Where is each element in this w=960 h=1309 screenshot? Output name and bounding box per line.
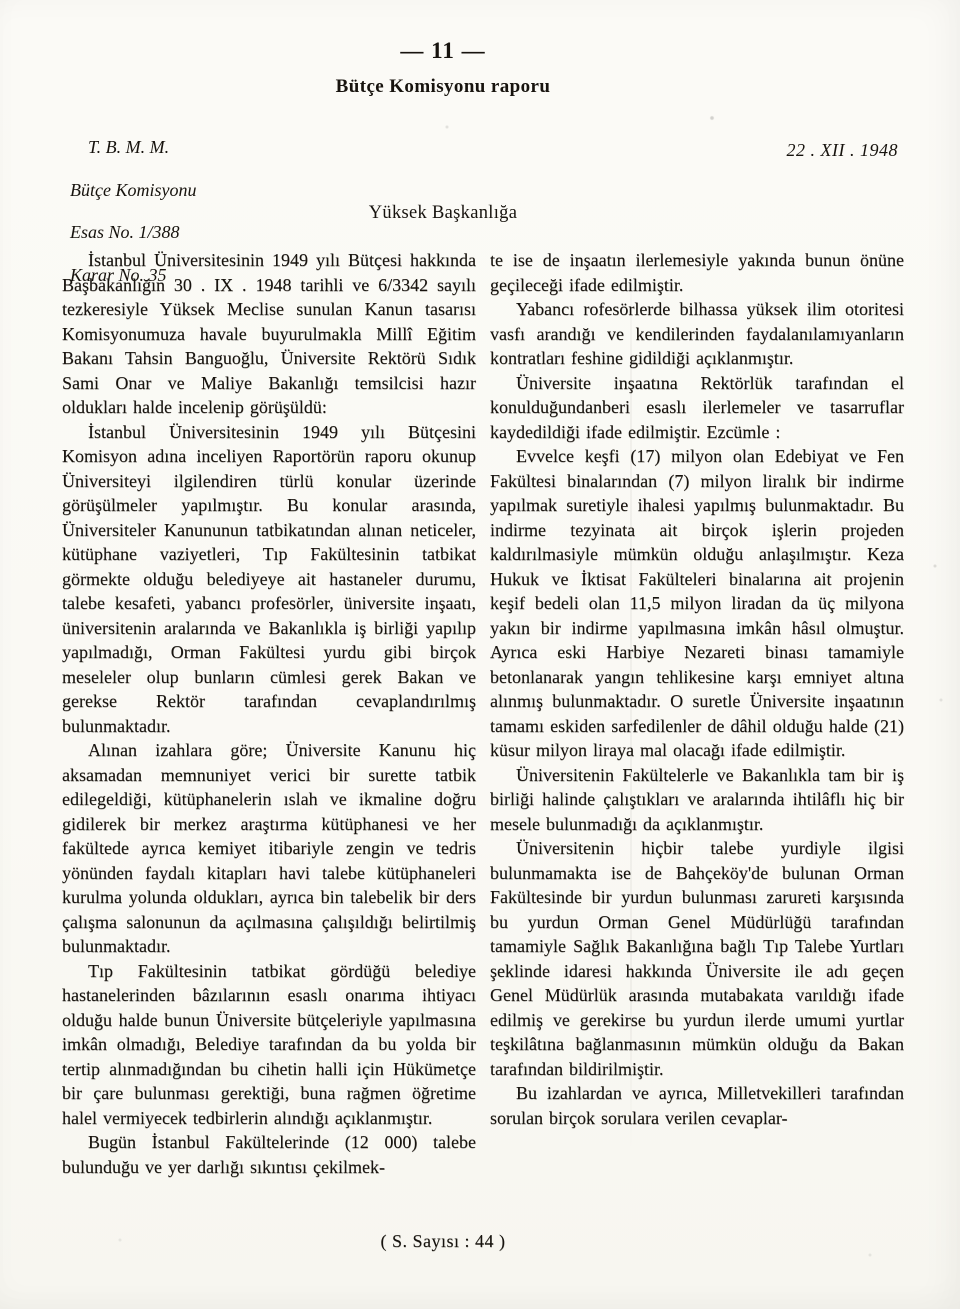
paragraph: Bu izahlardan ve ayrıca, Milletvekilleri… <box>490 1081 904 1130</box>
scanned-document-page: — 11 — Bütçe Komisyonu raporu T. B. M. M… <box>0 0 960 1309</box>
salutation-line: Yüksek Başkanlığa <box>0 203 886 224</box>
meta-line: Bütçe Komisyonu <box>70 178 196 203</box>
paragraph: İstanbul Üniversitesinin 1949 yılı Bütçe… <box>62 420 476 739</box>
paragraph: Evvelce keşfi (17) milyon olan Edebiyat … <box>490 444 904 763</box>
two-column-body: İstanbul Üniversitesinin 1949 yılı Bütçe… <box>62 248 904 1179</box>
paragraph: Tıp Fakültesinin tatbikat gördüğü beledi… <box>62 959 476 1131</box>
page-footer: ( S. Sayısı : 44 ) <box>0 1231 886 1252</box>
paragraph: Yabancı rofesörlerde bilhassa yüksek ili… <box>490 297 904 371</box>
paragraph: Üniversite inşaatına Rektörlük tarafında… <box>490 371 904 445</box>
paragraph: Bugün İstanbul Fakültelerinde (12 000) t… <box>62 1130 476 1179</box>
paragraph: Üniversitenin Fakültelerle ve Bakanlıkla… <box>490 763 904 837</box>
paragraph: İstanbul Üniversitesinin 1949 yılı Bütçe… <box>62 248 476 420</box>
right-column: te ise de inşaatın ilerlemesiyle yakında… <box>490 248 904 1179</box>
paragraph: Alınan izahlara göre; Üniversite Kanunu … <box>62 738 476 959</box>
page-number: — 11 — <box>0 38 886 64</box>
document-date: 22 . XII . 1948 <box>787 140 898 161</box>
left-column: İstanbul Üniversitesinin 1949 yılı Bütçe… <box>62 248 476 1179</box>
paragraph: te ise de inşaatın ilerlemesiyle yakında… <box>490 248 904 297</box>
report-title: Bütçe Komisyonu raporu <box>0 76 886 98</box>
meta-line: T. B. M. M. <box>70 135 196 160</box>
paragraph: Üniversitenin hiçbir talebe yurdiyle ilg… <box>490 836 904 1081</box>
